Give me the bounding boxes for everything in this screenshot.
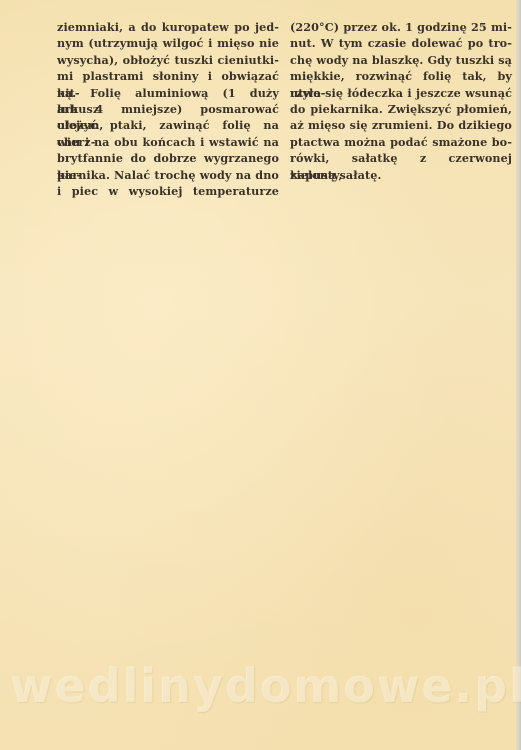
text-line: zieloną sałatę. <box>290 167 512 183</box>
text-column-left: ziemniaki, a do kuropatew po jed- nym (u… <box>57 19 279 199</box>
watermark: wedlinydomowe.pl <box>10 659 515 713</box>
text-line: ką. Folię aluminiową (1 duży arkusz <box>57 85 279 101</box>
text-column-right: (220°C) przez ok. 1 godzinę 25 mi- nut. … <box>290 19 512 183</box>
text-line: miękkie, rozwinąć folię tak, by utwo- <box>290 68 512 84</box>
text-line: ułożyć ptaki, zawinąć folię na wierz- <box>57 117 279 133</box>
text-line: lub 4 mniejsze) posmarować olejem, <box>57 101 279 117</box>
text-line: (220°C) przez ok. 1 godzinę 25 mi- <box>290 19 512 35</box>
text-line: chę wody na blaszkę. Gdy tuszki są <box>290 52 512 68</box>
text-line: rzyła się łódeczka i jeszcze wsunąć <box>290 85 512 101</box>
scanned-page: ziemniaki, a do kuropatew po jed- nym (u… <box>0 0 521 750</box>
text-line: ptactwa można podać smażone bo- <box>290 134 512 150</box>
text-line: do piekarnika. Zwiększyć płomień, <box>290 101 512 117</box>
text-line: aż mięso się zrumieni. Do dzikiego <box>290 117 512 133</box>
text-line: i piec w wysokiej temperaturze <box>57 183 279 199</box>
text-line: brytfannie do dobrze wygrzanego pie- <box>57 150 279 166</box>
text-line: mi plastrami słoniny i obwiązać nit- <box>57 68 279 84</box>
text-line: rówki, sałatkę z czerwonej kapusty, <box>290 150 512 166</box>
text-line: ziemniaki, a do kuropatew po jed- <box>57 19 279 35</box>
text-line: nym (utrzymują wilgoć i mięso nie <box>57 35 279 51</box>
text-line: karnika. Nalać trochę wody na dno <box>57 167 279 183</box>
text-line: chu i na obu końcach i wstawić na <box>57 134 279 150</box>
text-line: nut. W tym czasie dolewać po tro- <box>290 35 512 51</box>
page-edge <box>516 0 521 750</box>
text-line: wysycha), obłożyć tuszki cieniutki- <box>57 52 279 68</box>
